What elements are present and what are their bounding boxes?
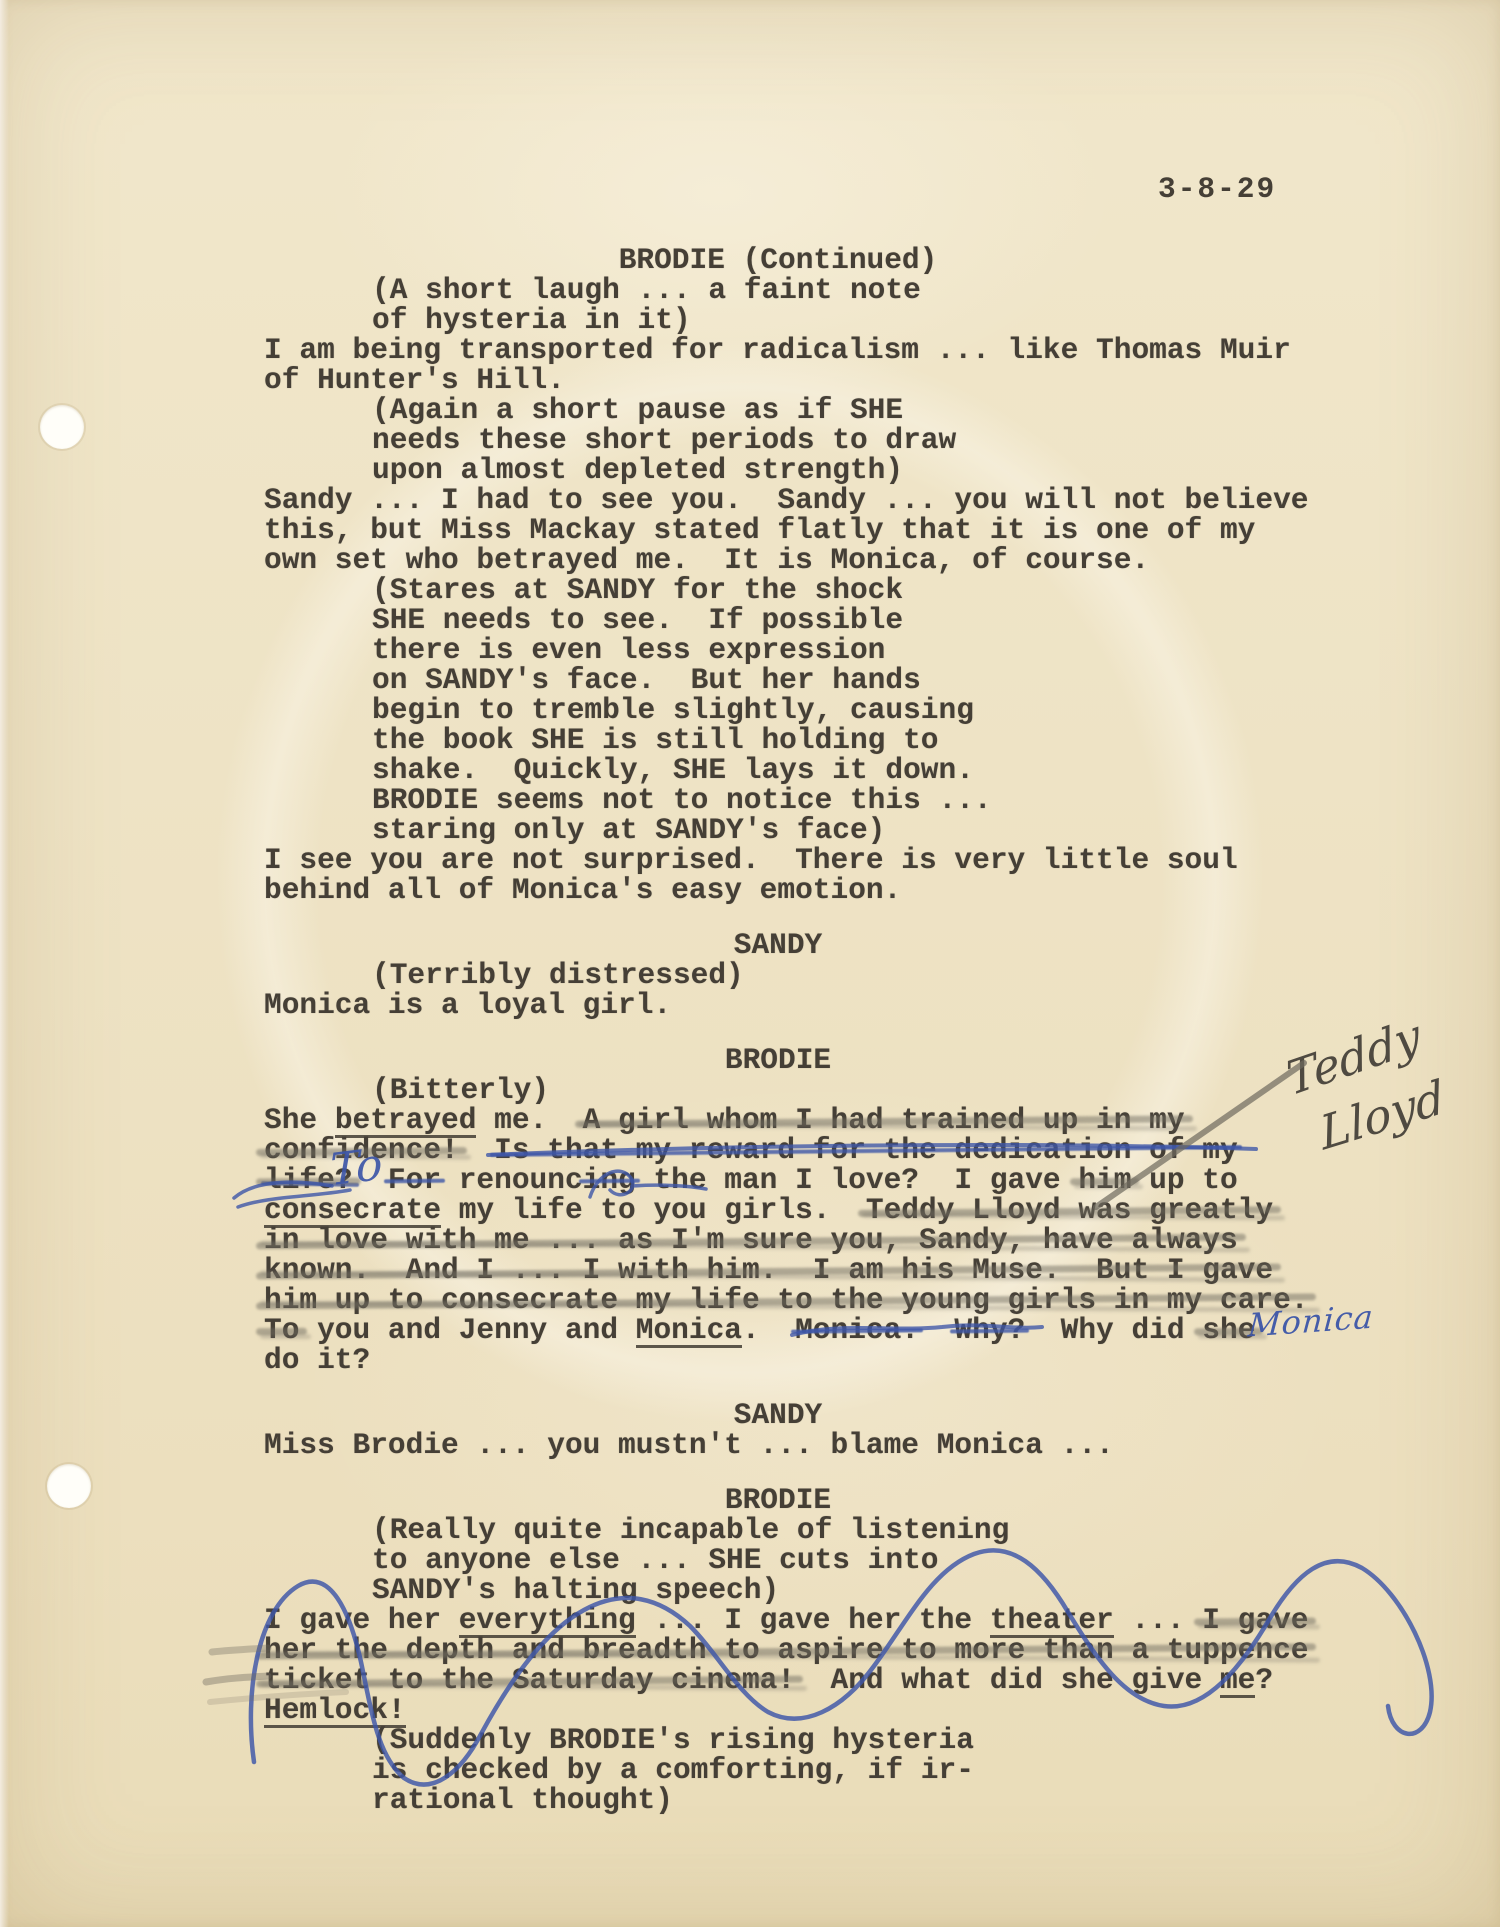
text-segment: (Bitterly)	[372, 1075, 549, 1105]
script-line: on SANDY's face. But her hands	[372, 665, 921, 695]
script-line: behind all of Monica's easy emotion.	[264, 875, 901, 905]
script-line: (Again a short pause as if SHE	[372, 395, 903, 425]
script-line: I see you are not surprised. There is ve…	[264, 845, 1238, 875]
strike-blue-text: Is that my reward for the dedication of …	[494, 1135, 1238, 1165]
strike-pencil-text: A girl whom I had trained up in my	[583, 1105, 1185, 1135]
text-segment: you and Jenny and	[299, 1315, 635, 1345]
text-segment: Why did	[1025, 1315, 1202, 1345]
strike-pencil-text: known. And I ... I with him. I am his Mu…	[264, 1255, 1273, 1285]
script-line: Miss Brodie ... you mustn't ... blame Mo…	[264, 1430, 1114, 1460]
text-segment: the book SHE is still holding to	[372, 725, 939, 755]
text-segment: renounc	[441, 1165, 583, 1195]
text-segment: BRODIE seems not to notice this ...	[372, 785, 992, 815]
text-segment: rational thought)	[372, 1785, 673, 1815]
text-segment: (Again a short pause as if SHE	[372, 395, 903, 425]
underline-text: Monica	[636, 1315, 742, 1348]
text-segment: Sandy ... I had to see you. Sandy ... yo…	[264, 485, 1308, 515]
text-segment: She	[264, 1105, 335, 1135]
script-line: shake. Quickly, SHE lays it down.	[372, 755, 974, 785]
script-line: To you and Jenny and Monica. Monica. Why…	[264, 1315, 1255, 1348]
text-segment: upon almost depleted strength)	[372, 455, 903, 485]
character-name: SANDY	[734, 930, 823, 960]
text-segment: .	[742, 1315, 795, 1345]
handwritten-monica: Monica	[1247, 1297, 1375, 1344]
text-segment: (A short laugh ... a faint note	[372, 275, 921, 305]
text-segment: needs these short periods to draw	[372, 425, 956, 455]
handwritten-to: To	[330, 1139, 383, 1197]
strike-blue-text: ing	[583, 1165, 636, 1195]
text-segment: ?	[1255, 1665, 1273, 1695]
script-line: known. And I ... I with him. I am his Mu…	[264, 1255, 1273, 1285]
strike-pencil-text: I gave	[1202, 1605, 1308, 1635]
strike-pencil-text: Teddy Lloyd was greatly	[866, 1195, 1273, 1225]
strike-blue-text: Why?	[954, 1315, 1025, 1345]
script-line: (Stares at SANDY for the shock	[372, 575, 903, 605]
text-segment: the man I love? I gave	[636, 1165, 1079, 1195]
strike-pencil-text: in love with me ... as I'm sure you, San…	[264, 1225, 1238, 1255]
script-line: (Really quite incapable of listening	[372, 1515, 1009, 1545]
script-line: (Terribly distressed)	[372, 960, 744, 990]
script-line: in love with me ... as I'm sure you, San…	[264, 1225, 1238, 1255]
script-line: of Hunter's Hill.	[264, 365, 565, 395]
script-line: Monica is a loyal girl.	[264, 990, 671, 1020]
script-line: rational thought)	[372, 1785, 673, 1815]
text-segment: of hysteria in it)	[372, 305, 691, 335]
text-segment: staring only at SANDY's face)	[372, 815, 885, 845]
punch-hole-bottom	[47, 1464, 91, 1508]
text-segment	[459, 1135, 494, 1165]
script-line: (Suddenly BRODIE's rising hysteria	[372, 1725, 974, 1755]
punch-hole-top	[40, 405, 84, 449]
script-line: of hysteria in it)	[372, 305, 691, 335]
text-segment: shake. Quickly, SHE lays it down.	[372, 755, 974, 785]
strike-pencil-text: her the depth and breadth to aspire to m…	[264, 1635, 1308, 1665]
text-segment: I gave her	[264, 1605, 459, 1635]
script-line: her the depth and breadth to aspire to m…	[264, 1635, 1308, 1665]
script-line: life? For renouncing the man I love? I g…	[264, 1165, 1238, 1195]
script-line: needs these short periods to draw	[372, 425, 956, 455]
strike-pencil-text: To	[264, 1315, 299, 1345]
text-segment: And what did she give	[795, 1665, 1220, 1695]
script-line: SANDY's halting speech)	[372, 1575, 779, 1605]
text-segment: to anyone else ... SHE cuts into	[372, 1545, 939, 1575]
text-segment: of Hunter's Hill.	[264, 365, 565, 395]
text-segment: me.	[476, 1105, 582, 1135]
strike-pencil-text: ticket to the Saturday cinema!	[264, 1665, 795, 1695]
underline-text: me	[1220, 1665, 1255, 1698]
text-segment: own set who betrayed me. It is Monica, o…	[264, 545, 1149, 575]
strike-pencil-text: him up to consecrate my life to the youn…	[264, 1285, 1308, 1315]
script-line: do it?	[264, 1345, 370, 1375]
text-segment: up to	[1131, 1165, 1237, 1195]
strike-blue-text: Monica.	[795, 1315, 919, 1345]
text-segment: on SANDY's face. But her hands	[372, 665, 921, 695]
character-name: BRODIE	[725, 1485, 831, 1515]
character-name: BRODIE	[725, 1045, 831, 1075]
text-segment: is checked by a comforting, if ir-	[372, 1755, 974, 1785]
text-segment: ...	[1114, 1605, 1203, 1635]
strike-pencil-text: him	[1078, 1165, 1131, 1195]
text-segment: my life to you girls.	[441, 1195, 866, 1225]
text-segment: I see you are not surprised. There is ve…	[264, 845, 1238, 875]
script-line: this, but Miss Mackay stated flatly that…	[264, 515, 1255, 545]
text-segment: SANDY's halting speech)	[372, 1575, 779, 1605]
page-number: 3-8-29	[1158, 172, 1276, 206]
text-segment: SHE needs to see. If possible	[372, 605, 903, 635]
script-line: is checked by a comforting, if ir-	[372, 1755, 974, 1785]
script-line: him up to consecrate my life to the youn…	[264, 1285, 1308, 1315]
character-name: SANDY	[734, 1400, 823, 1430]
script-line: ticket to the Saturday cinema! And what …	[264, 1665, 1273, 1698]
script-line: BRODIE seems not to notice this ...	[372, 785, 992, 815]
text-segment: do it?	[264, 1345, 370, 1375]
text-segment: Monica is a loyal girl.	[264, 990, 671, 1020]
text-segment: this, but Miss Mackay stated flatly that…	[264, 515, 1255, 545]
script-page-scan: 3-8-29 BRODIE (Continued)(A short laugh …	[0, 0, 1500, 1927]
text-segment: there is even less expression	[372, 635, 885, 665]
script-line: upon almost depleted strength)	[372, 455, 903, 485]
script-line: to anyone else ... SHE cuts into	[372, 1545, 939, 1575]
script-line: own set who betrayed me. It is Monica, o…	[264, 545, 1149, 575]
script-line: Sandy ... I had to see you. Sandy ... yo…	[264, 485, 1308, 515]
script-line: (Bitterly)	[372, 1075, 549, 1105]
text-segment: I am being transported for radicalism ..…	[264, 335, 1291, 365]
script-line: confidence! Is that my reward for the de…	[264, 1135, 1238, 1165]
text-segment: begin to tremble slightly, causing	[372, 695, 974, 725]
text-segment: (Terribly distressed)	[372, 960, 744, 990]
text-segment: Miss Brodie ... you mustn't ... blame Mo…	[264, 1430, 1114, 1460]
script-line: begin to tremble slightly, causing	[372, 695, 974, 725]
text-segment: ... I gave her the	[636, 1605, 990, 1635]
text-segment: (Stares at SANDY for the shock	[372, 575, 903, 605]
text-segment: (Suddenly BRODIE's rising hysteria	[372, 1725, 974, 1755]
script-line: staring only at SANDY's face)	[372, 815, 885, 845]
text-segment: behind all of Monica's easy emotion.	[264, 875, 901, 905]
script-line: SHE needs to see. If possible	[372, 605, 903, 635]
script-line: (A short laugh ... a faint note	[372, 275, 921, 305]
script-line: there is even less expression	[372, 635, 885, 665]
strike-blue-text: For	[388, 1165, 441, 1195]
text-segment: (Really quite incapable of listening	[372, 1515, 1009, 1545]
script-line: the book SHE is still holding to	[372, 725, 939, 755]
script-line: I am being transported for radicalism ..…	[264, 335, 1291, 365]
character-name: BRODIE (Continued)	[619, 245, 938, 275]
